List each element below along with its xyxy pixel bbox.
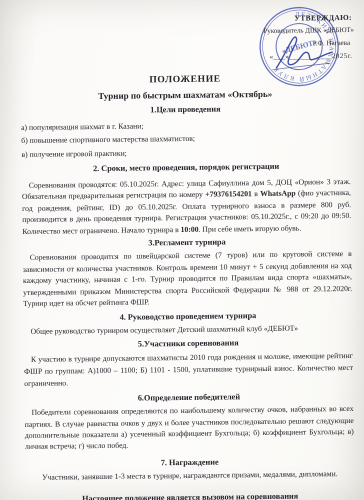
phone-number: +79376154201 xyxy=(205,190,252,200)
scanned-document-page: ДЕТСКИЙ ШАХМАТНЫЙ КЛУБ «ДЕБЮТ» УТВЕРЖДАЮ… xyxy=(0,0,364,500)
section-heading-participants: 5.Участники соревнования xyxy=(24,337,353,350)
goals-list: а) популяризация шахмат в г. Казани; б) … xyxy=(21,117,350,161)
section-heading-goals: 1.Цели проведения xyxy=(21,103,350,116)
registration-text: . При себе иметь вторую обувь. xyxy=(198,223,301,233)
registration-paragraph: Соревнования проводятся: 05.10.2025г. Ад… xyxy=(22,176,352,238)
section-heading-management: 4. Руководство проведением турнира xyxy=(23,310,352,323)
section-heading-registration: 2. Сроки, место проведения, порядок реги… xyxy=(22,161,351,174)
document-footer-statement: Настоящее положение является вызовом на … xyxy=(26,491,355,500)
rules-paragraph: Соревнования проводится по швейцарской с… xyxy=(23,248,353,310)
document-subtitle: Турнир по быстрым шахматам «Октябрь» xyxy=(21,88,350,102)
document-body: ПОЛОЖЕНИЕ Турнир по быстрым шахматам «Ок… xyxy=(0,0,364,500)
management-paragraph: Общее руководство турниром осуществляет … xyxy=(24,322,353,338)
section-heading-winners: 6.Определение победителей xyxy=(24,391,353,404)
document-title: ПОЛОЖЕНИЕ xyxy=(20,72,349,87)
section-heading-rules: 3.Регламент турнира xyxy=(22,236,351,249)
awards-paragraph: Участники, занявшие 1-3 места в турнире,… xyxy=(25,468,354,484)
participants-paragraph: К участию в турнире допускаются шахматис… xyxy=(24,350,353,390)
messenger-name: WhatsApp xyxy=(260,189,296,198)
section-heading-awards: 7. Награждение xyxy=(25,456,354,469)
winners-paragraph: Победители соревнования определяются по … xyxy=(25,403,355,453)
document-content: ДЕТСКИЙ ШАХМАТНЫЙ КЛУБ «ДЕБЮТ» УТВЕРЖДАЮ… xyxy=(0,0,364,500)
start-time: 10:00 xyxy=(181,225,199,234)
